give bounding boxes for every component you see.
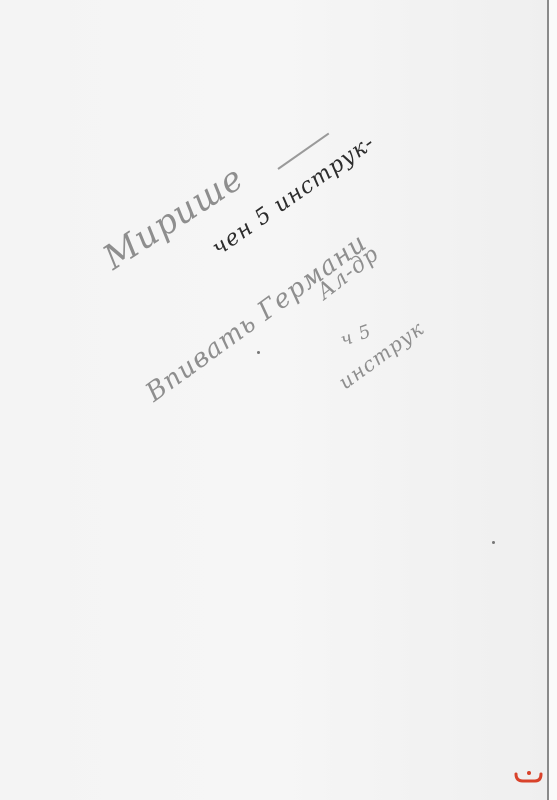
scan-margin bbox=[549, 0, 557, 800]
ink-speck bbox=[492, 541, 495, 544]
smile-logo-icon bbox=[513, 766, 543, 784]
handwritten-line-5: ч 5 bbox=[338, 321, 375, 351]
handwritten-line-1: Мирише bbox=[96, 158, 251, 278]
scanned-page: Мирише чен 5 инструк- Впивать Германи Ал… bbox=[0, 0, 548, 800]
ink-speck bbox=[257, 351, 260, 354]
